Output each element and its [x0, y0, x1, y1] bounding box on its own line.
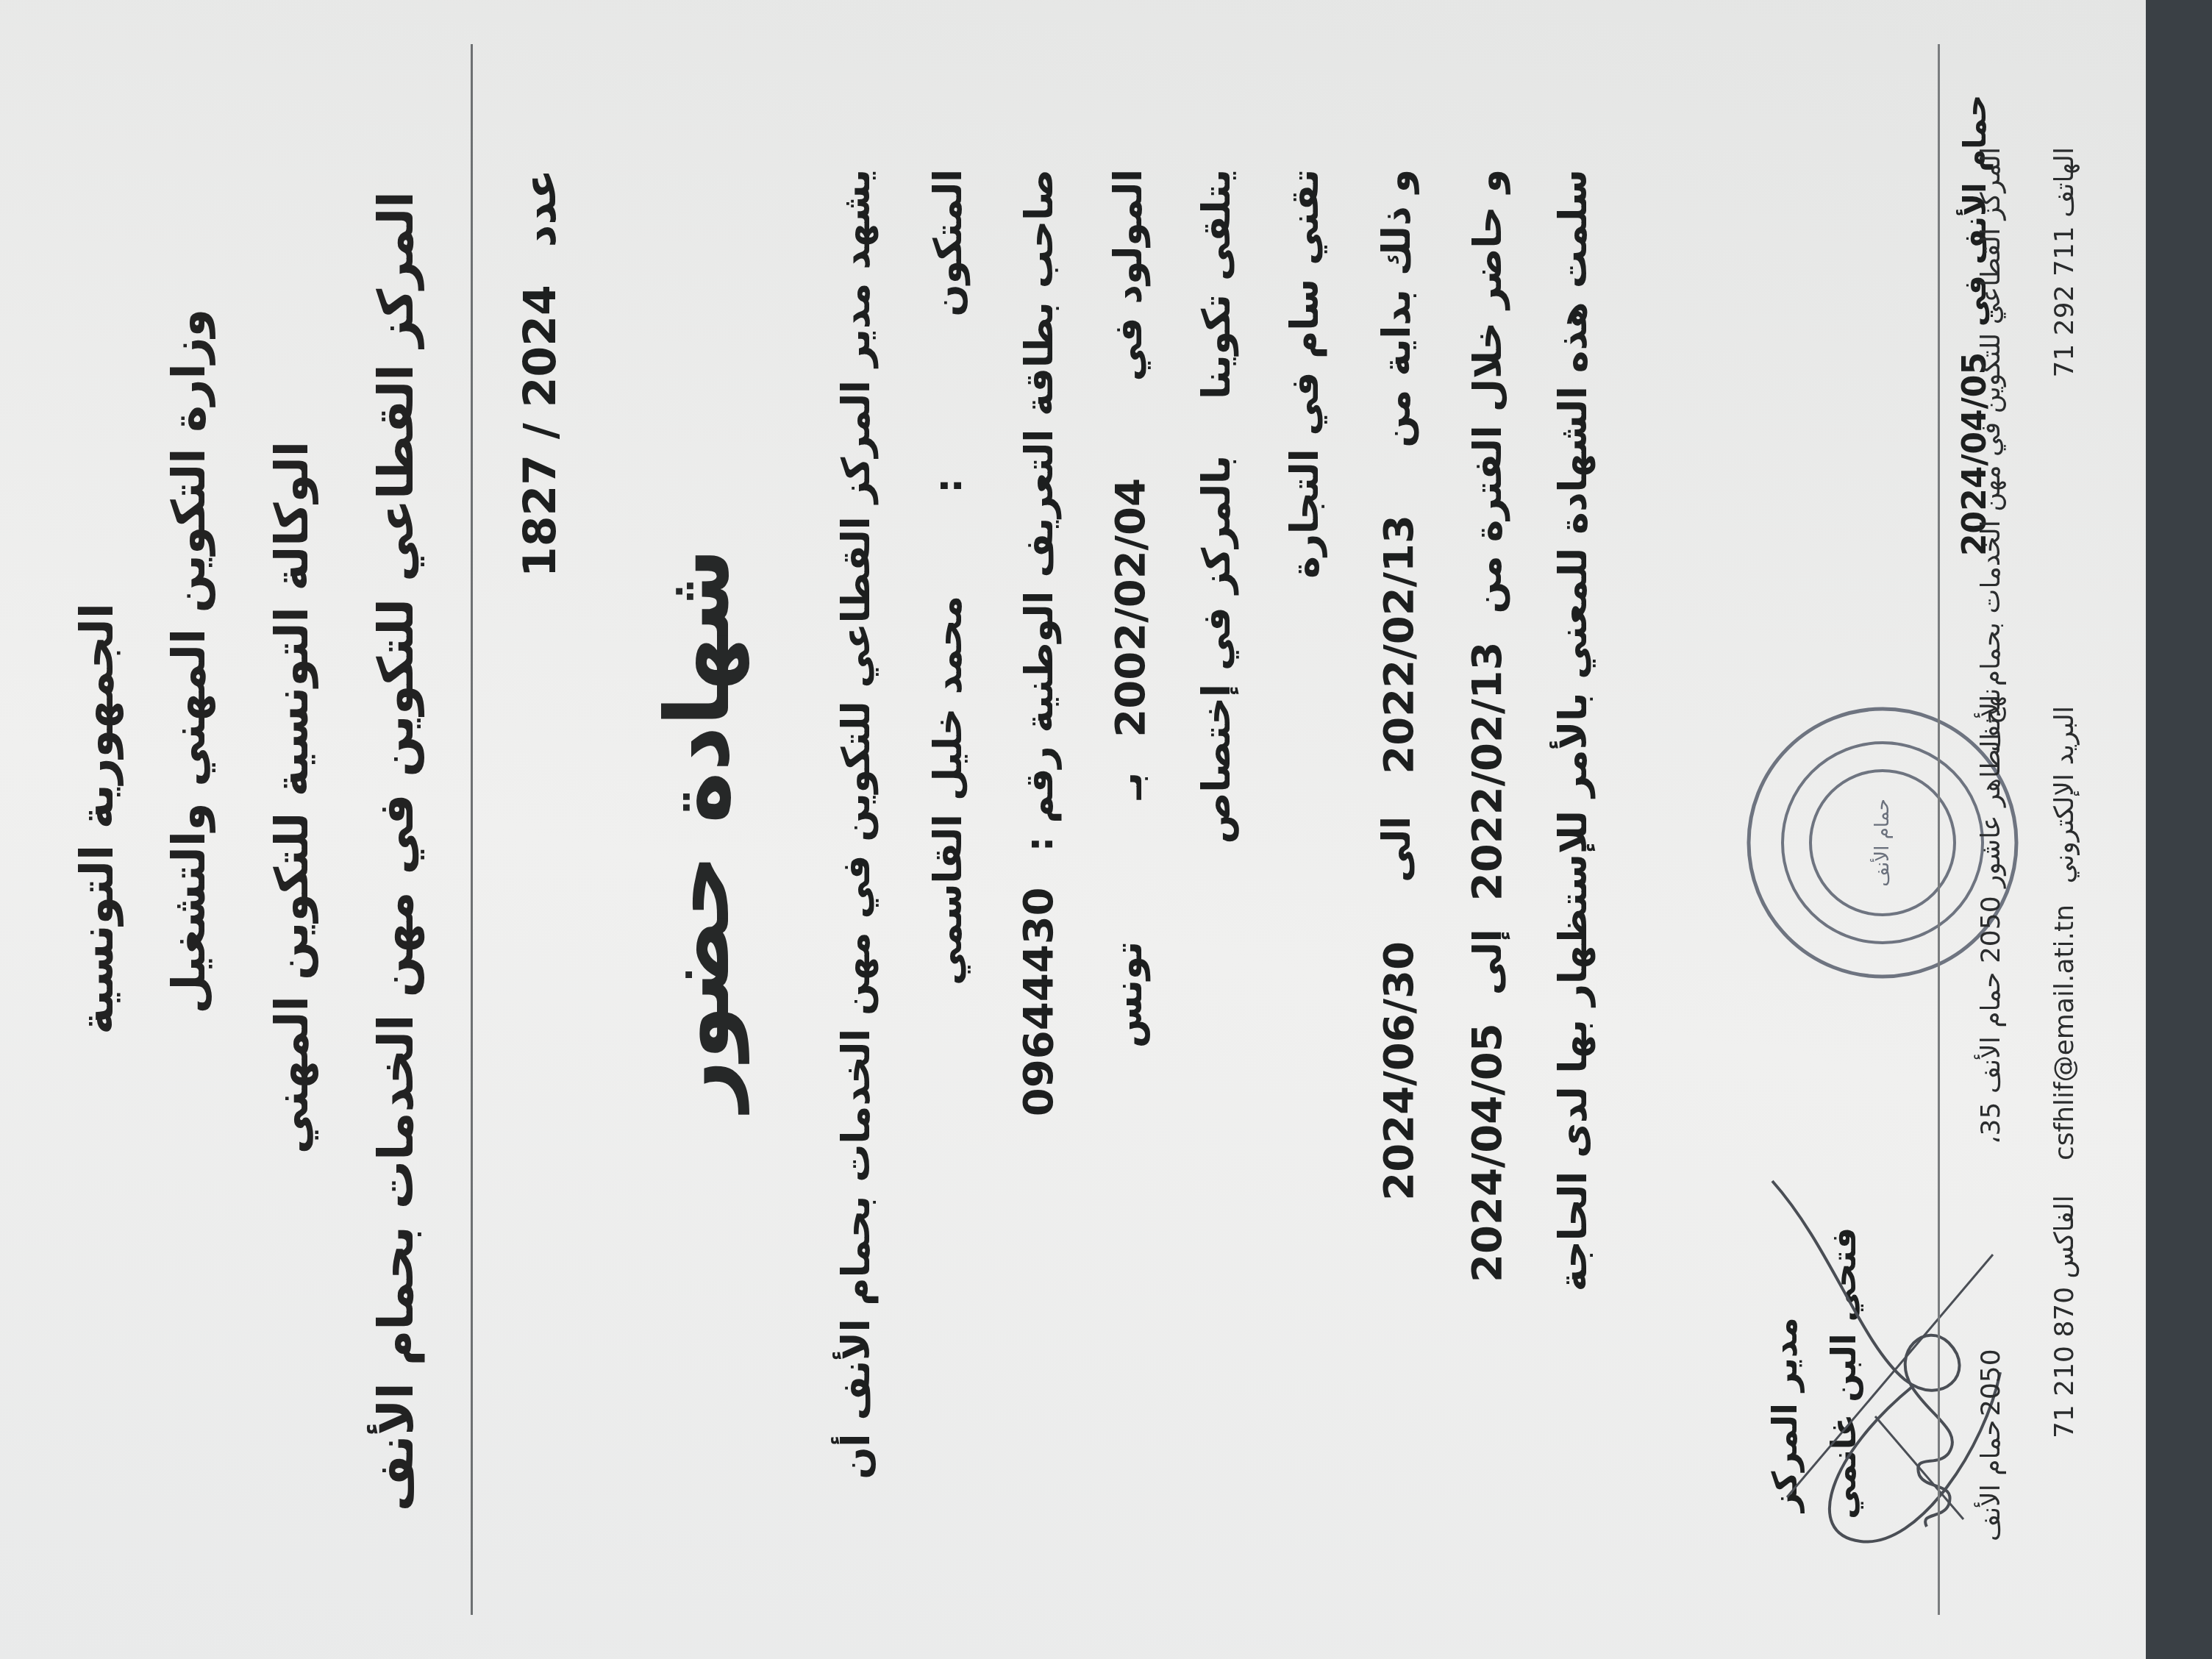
trainee-name: محمد خليل القاسمي: [927, 596, 971, 985]
header-ministry: وزارة التكوين المهني والتشغيل: [162, 309, 215, 1014]
phone-number: 71 292 711: [2049, 226, 2080, 377]
reference-number: عدد 1827 / 2024: [515, 169, 566, 577]
training-center: بالمركز في إختصاص: [1195, 455, 1239, 843]
period-to: الى: [1375, 816, 1419, 882]
header-republic: الجمهورية التونسية: [70, 603, 124, 1035]
footer-fax: الفاكس 71 210 870: [2049, 1195, 2080, 1438]
footer-center-name: المركز القطاعي للتكوين في مهن الخدمات بح…: [1976, 147, 2006, 752]
intro-line: يشهد مدير المركز القطاعي للتكوين في مهن …: [835, 169, 879, 1480]
birth-date: 2002/02/04: [1107, 478, 1155, 738]
id-number: 09644430: [1015, 887, 1063, 1116]
svg-text:الوكالة التونسية للتشغيل و الت: الوكالة التونسية للتشغيل و التكوين المهن…: [1743, 974, 1747, 982]
attendance-start: 2022/02/13: [1463, 642, 1511, 902]
header-center: المركز القطاعي للتكوين في مهن الخدمات بح…: [368, 191, 424, 1511]
birth-line: المولود في 2002/02/04 بـ تونس: [1107, 169, 1151, 1640]
stamp-outer-text: الوكالة التونسية للتشغيل و التكوين المهن…: [1743, 974, 1747, 982]
id-label: صاحب بطاقة التعريف الوطنية رقم :: [1018, 169, 1062, 852]
certificate-page: الجمهورية التونسية وزارة التكوين المهني …: [0, 0, 2146, 1659]
specialty-line: تقني سام في التجارة: [1283, 169, 1327, 579]
footer-city: حمام الأنف: [1976, 1419, 2006, 1541]
footer-address: نهج الطاهر عاشور 2050 حمام الأنف 35،: [1976, 688, 2006, 1144]
desk-background: [2146, 0, 2212, 1659]
trainee-colon: :: [927, 478, 971, 493]
period-label: و ذلك بداية من: [1375, 169, 1419, 448]
period-end: 2024/06/30: [1375, 941, 1423, 1201]
attendance-label: و حاضر خلال الفترة من: [1466, 169, 1510, 613]
trainee-line: المتكون : محمد خليل القاسمي: [927, 169, 971, 1640]
birth-label: المولود في: [1107, 169, 1151, 381]
header-divider: [471, 44, 473, 1615]
footer-divider: [1938, 44, 1940, 1615]
footer-email: csfhlif@email.ati.tn: [2049, 905, 2080, 1160]
header-agency: الوكالة التونسية للتكوين المهني: [265, 441, 318, 1154]
reference-label: عدد: [515, 169, 566, 247]
training-label: يتلقى تكوينا: [1195, 169, 1239, 399]
footer-email-label: البريد الإلكتروني: [2049, 706, 2080, 884]
stamp-inner-text: المركز القطاعي للتكوين في مهن الخدمات: [1743, 976, 1747, 982]
stamp-center-text: حمام الأنف: [1869, 799, 1894, 887]
footer-postal-code: 2050: [1976, 1349, 2006, 1416]
attendance-line: و حاضر خلال الفترة من 2022/02/13 إلى 202…: [1463, 169, 1511, 1282]
period-start: 2022/02/13: [1375, 515, 1423, 774]
trainee-label: المتكون: [927, 169, 971, 317]
footer-phone: الهاتف 71 292 711: [2049, 147, 2080, 377]
id-line: صاحب بطاقة التعريف الوطنية رقم : 0964443…: [1015, 169, 1063, 1116]
attendance-to: إلى: [1466, 929, 1510, 995]
svg-text:المركز القطاعي للتكوين في مهن: المركز القطاعي للتكوين في مهن الخدمات: [1743, 976, 1747, 982]
attendance-end: 2024/04/05: [1463, 1023, 1511, 1282]
phone-label: الهاتف: [2049, 147, 2080, 218]
period-line: و ذلك بداية من 2022/02/13 الى 2024/06/30: [1375, 169, 1419, 1640]
closing-line: سلمت هذه الشهادة للمعني بالأمر للإستظهار…: [1552, 169, 1596, 1291]
fax-number: 71 210 870: [2049, 1287, 2080, 1438]
fax-label: الفاكس: [2049, 1195, 2080, 1278]
reference-value: 1827 / 2024: [515, 285, 566, 577]
birth-prep: بـ: [1107, 772, 1151, 799]
handwritten-signature: [1743, 1152, 2015, 1563]
birth-place: تونس: [1107, 941, 1151, 1048]
training-line: يتلقى تكوينا بالمركز في إختصاص: [1195, 169, 1239, 843]
document-title: شهادة حضور: [647, 0, 749, 1659]
